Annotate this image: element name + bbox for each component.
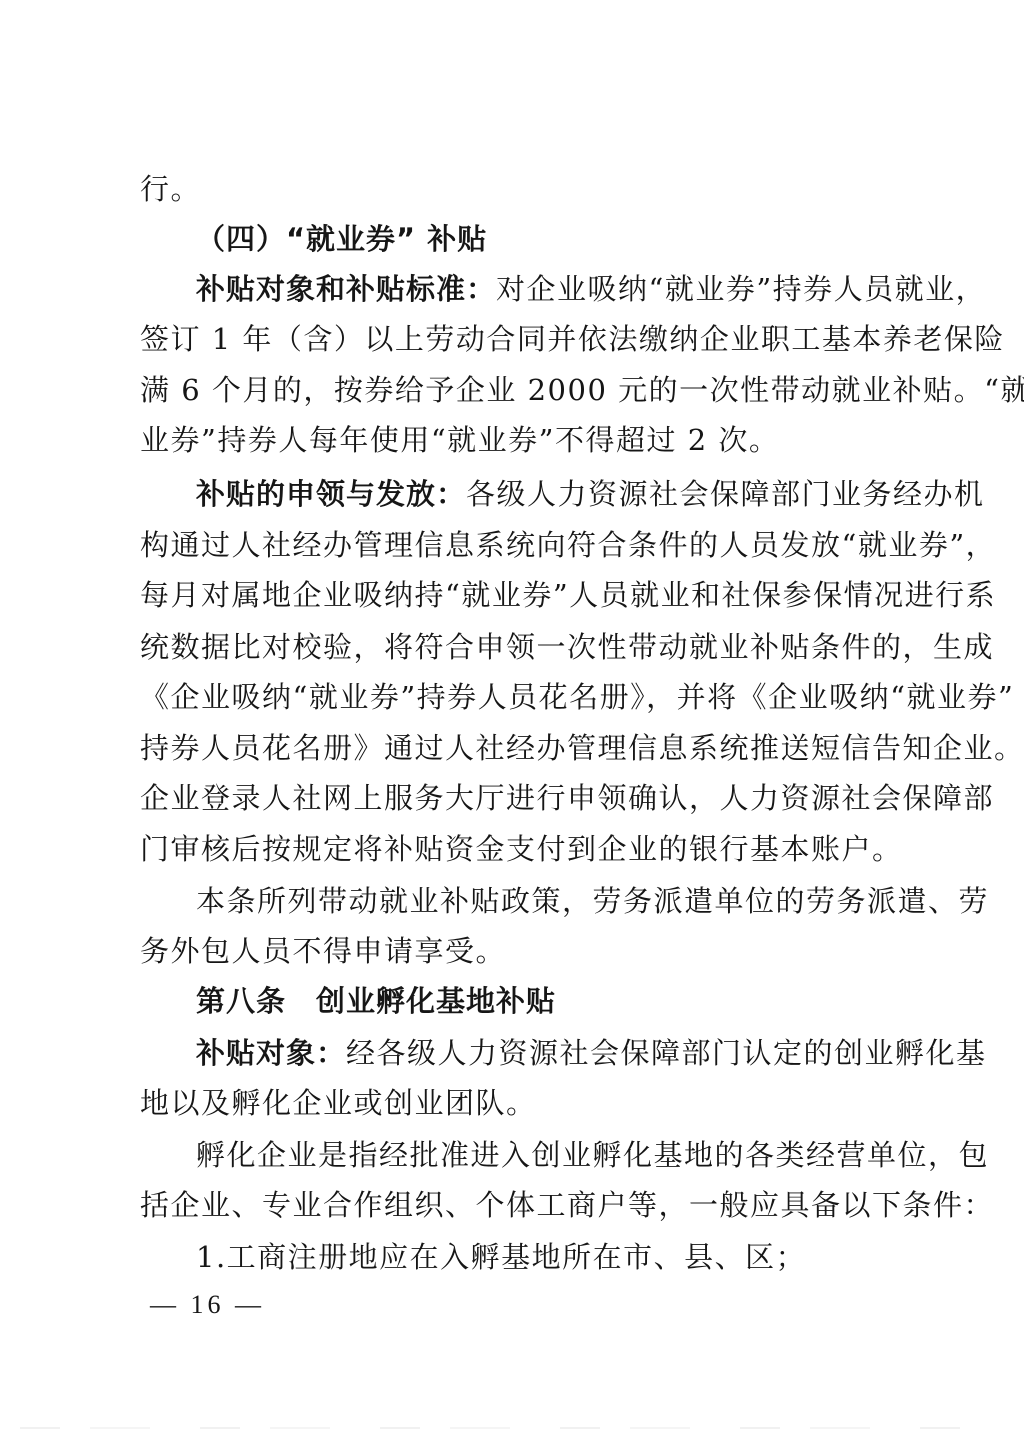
paragraph-incubated-enterprise: 孵化企业是指经批准进入创业孵化基地的各类经营单位，包 bbox=[196, 1138, 976, 1172]
text-line-10: 统数据比对校验，将符合申领一次性带动就业补贴条件的，生成 bbox=[140, 630, 920, 664]
text-line-1: 行。 bbox=[140, 172, 920, 206]
paragraph-subsidy-target: 补贴对象：经各级人力资源社会保障部门认定的创业孵化基 bbox=[196, 1036, 976, 1070]
text-line-5: 满 6 个月的，按券给予企业 2000 元的一次性带动就业补贴。“就 bbox=[140, 373, 920, 407]
text-line-6: 业券”持券人每年使用“就业券”不得超过 2 次。 bbox=[140, 423, 920, 457]
paragraph-dispatch-exclusion: 本条所列带动就业补贴政策，劳务派遣单位的劳务派遣、劳 bbox=[196, 884, 976, 918]
lead-text: 经各级人力资源社会保障部门认定的创业孵化基 bbox=[346, 1036, 987, 1070]
lead-label: 补贴对象和补贴标准： bbox=[196, 272, 496, 306]
text-line-8: 构通过人社经办管理信息系统向符合条件的人员发放“就业券”， bbox=[140, 528, 920, 562]
text-line-11: 《企业吸纳“就业券”持券人员花名册》，并将《企业吸纳“就业券” bbox=[140, 680, 920, 714]
paragraph-application-payment: 补贴的申领与发放：各级人力资源社会保障部门业务经办机 bbox=[196, 477, 976, 511]
list-item-condition-1: 1.工商注册地应在入孵基地所在市、县、区； bbox=[196, 1240, 976, 1274]
section-heading-employment-voucher: （四）“就业券” 补贴 bbox=[196, 222, 976, 256]
document-page: 行。 （四）“就业券” 补贴 补贴对象和补贴标准：对企业吸纳“就业券”持券人员就… bbox=[0, 0, 1024, 1448]
lead-text: 各级人力资源社会保障部门业务经办机 bbox=[466, 477, 985, 511]
scan-artifact bbox=[20, 1427, 980, 1429]
text-line-4: 签订 1 年（含）以上劳动合同并依法缴纳企业职工基本养老保险 bbox=[140, 322, 920, 356]
page-number: — 16 — bbox=[150, 1290, 265, 1320]
text-line-9: 每月对属地企业吸纳持“就业券”人员就业和社保参保情况进行系 bbox=[140, 578, 920, 612]
article-heading-incubation-base: 第八条 创业孵化基地补贴 bbox=[196, 984, 976, 1018]
text-line-21: 括企业、专业合作组织、个体工商户等，一般应具备以下条件： bbox=[140, 1188, 920, 1222]
text-line-12: 持券人员花名册》通过人社经办管理信息系统推送短信告知企业。 bbox=[140, 731, 920, 765]
text-line-19: 地以及孵化企业或创业团队。 bbox=[140, 1086, 920, 1120]
paragraph-subsidy-target-standard: 补贴对象和补贴标准：对企业吸纳“就业券”持券人员就业， bbox=[196, 272, 976, 306]
text-line-16: 务外包人员不得申请享受。 bbox=[140, 934, 920, 968]
text-line-14: 门审核后按规定将补贴资金支付到企业的银行基本账户。 bbox=[140, 832, 920, 866]
lead-label: 补贴对象： bbox=[196, 1036, 346, 1070]
lead-text: 对企业吸纳“就业券”持券人员就业， bbox=[496, 272, 986, 306]
text-line-13: 企业登录人社网上服务大厅进行申领确认，人力资源社会保障部 bbox=[140, 781, 920, 815]
lead-label: 补贴的申领与发放： bbox=[196, 477, 466, 511]
